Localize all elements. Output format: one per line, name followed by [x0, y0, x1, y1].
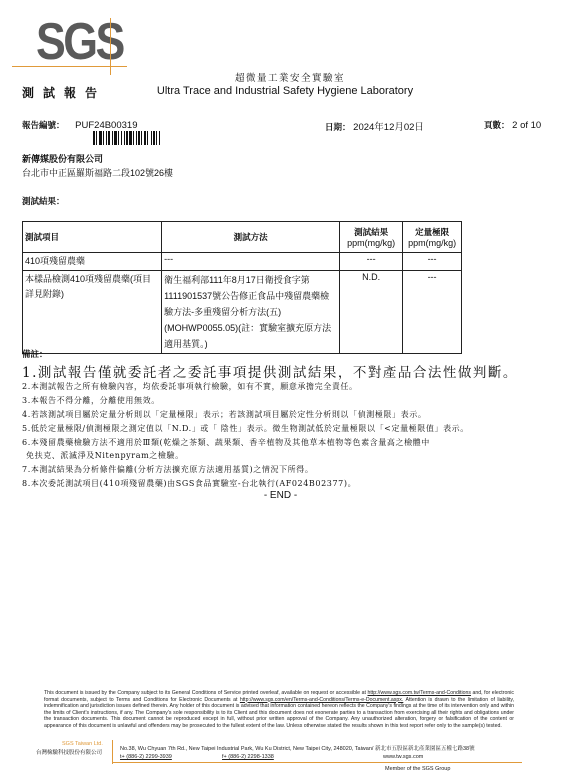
table-row: 410項殘留農藥 --- --- --- [23, 253, 462, 271]
cell-limit: --- [403, 253, 462, 271]
cell-item: 本樣品檢測410項殘留農藥(項目詳見附錄) [23, 271, 162, 354]
cell-limit: --- [403, 271, 462, 354]
note-item: 5.低於定量極限/偵測極限之測定值以「N.D.」或「 陰性」表示。微生物測試低於… [22, 423, 469, 434]
note-item: 8.本次委託測試項目(410項殘留農藥)由SGS食品實驗室-台北執行(AF024… [22, 478, 356, 489]
header-test-item: 測試項目 [23, 222, 162, 253]
header-limit-unit: ppm(mg/kg) [405, 238, 459, 248]
report-number: 報告編號： PUF24B00319 [22, 119, 137, 131]
disclaimer-text: This document is issued by the Company s… [44, 690, 367, 696]
header-result-unit: ppm(mg/kg) [342, 238, 400, 248]
cell-result: N.D. [340, 271, 403, 354]
note-item: 1.測試報告僅就委託者之委託事項提供測試結果，不對產品合法性做判斷。 [22, 361, 518, 381]
sgs-taiwan-name: SGS Taiwan Ltd. [62, 741, 103, 747]
company-phone: t+ (886-2) 2299-3939 [120, 754, 172, 760]
page-label: 頁數： [484, 121, 510, 131]
barcode-icon [93, 131, 224, 145]
report-title: 測試報告 [22, 84, 106, 101]
report-number-label: 報告編號： [22, 121, 65, 131]
header-test-method: 測試方法 [162, 222, 340, 253]
member-of-sgs-group: Member of the SGS Group [385, 766, 450, 772]
header-quant-limit: 定量極限 ppm(mg/kg) [403, 222, 462, 253]
cell-method: 衛生福利部111年8月17日衛授食字第1111901537號公告修正食品中殘留農… [162, 271, 340, 354]
results-label: 測試結果： [22, 195, 65, 207]
note-item: 6.本殘留農藥檢驗方法不適用於Ⅲ類(乾燥之茶類、蔬果類、香辛植物及其他草本植物等… [22, 437, 430, 448]
note-item: 3.本報告不得分離，分離使用無效。 [22, 395, 160, 406]
header-result-label: 測試結果 [354, 227, 388, 237]
cell-item: 410項殘留農藥 [23, 253, 162, 271]
date-label: 日期： [325, 123, 351, 133]
results-table: 測試項目 測試方法 測試結果 ppm(mg/kg) 定量極限 ppm(mg/kg… [22, 221, 462, 354]
report-date: 日期： 2024年12月02日 [325, 119, 424, 133]
header-test-result: 測試結果 ppm(mg/kg) [340, 222, 403, 253]
company-fax: f+ (886-2) 2298-1338 [222, 754, 274, 760]
table-row: 本樣品檢測410項殘留農藥(項目詳見附錄) 衛生福利部111年8月17日衛授食字… [23, 271, 462, 354]
report-number-value: PUF24B00319 [75, 120, 137, 131]
note-item: 免扶克、派滅淨及Nitenpyram之檢驗。 [26, 450, 184, 461]
note-item: 7.本測試結果為分析條件偏離(分析方法擴充原方法適用基質)之情況下所得。 [22, 464, 313, 475]
terms-link[interactable]: http://www.sgs.com.tw/Terms-and-Conditio… [367, 690, 471, 696]
cell-result: --- [340, 253, 403, 271]
end-marker: - END - [0, 490, 561, 501]
page-count: 頁數： 2 of 10 [484, 119, 541, 131]
table-header-row: 測試項目 測試方法 測試結果 ppm(mg/kg) 定量極限 ppm(mg/kg… [23, 222, 462, 253]
notes-label: 備註： [22, 348, 48, 360]
client-address: 台北市中正區羅斯福路二段102號26樓 [22, 166, 173, 179]
date-value: 2024年12月02日 [353, 122, 424, 133]
logo-divider-vertical [110, 18, 111, 75]
lab-name-en: Ultra Trace and Industrial Safety Hygien… [140, 85, 430, 97]
lab-name-cn: 超微量工業安全實驗室 [200, 70, 380, 84]
company-website[interactable]: www.tw.sgs.com [383, 754, 423, 760]
footer-divider-horizontal [112, 762, 522, 763]
legal-disclaimer: This document is issued by the Company s… [44, 690, 514, 729]
header-limit-label: 定量極限 [415, 227, 449, 237]
sgs-company-name-cn: 台灣檢驗科技股份有限公司 [36, 748, 102, 756]
note-item: 4.若該測試項目屬於定量分析則以「定量極限」表示；若該測試項目屬於定性分析則以「… [22, 409, 426, 420]
note-item: 2.本測試報告之所有檢驗內容，均依委託事項執行檢驗，如有不實，願意承擔完全責任。 [22, 381, 358, 392]
client-name: 新傳媒股份有限公司 [22, 152, 103, 165]
footer-divider-vertical [112, 740, 113, 764]
page-value: 2 of 10 [512, 120, 541, 131]
e-document-terms-link[interactable]: http://www.sgs.com/en/Terms-and-Conditio… [240, 697, 403, 703]
cell-method: --- [162, 253, 340, 271]
company-address: No.38, Wu Chyuan 7th Rd., New Taipei Ind… [120, 744, 475, 752]
